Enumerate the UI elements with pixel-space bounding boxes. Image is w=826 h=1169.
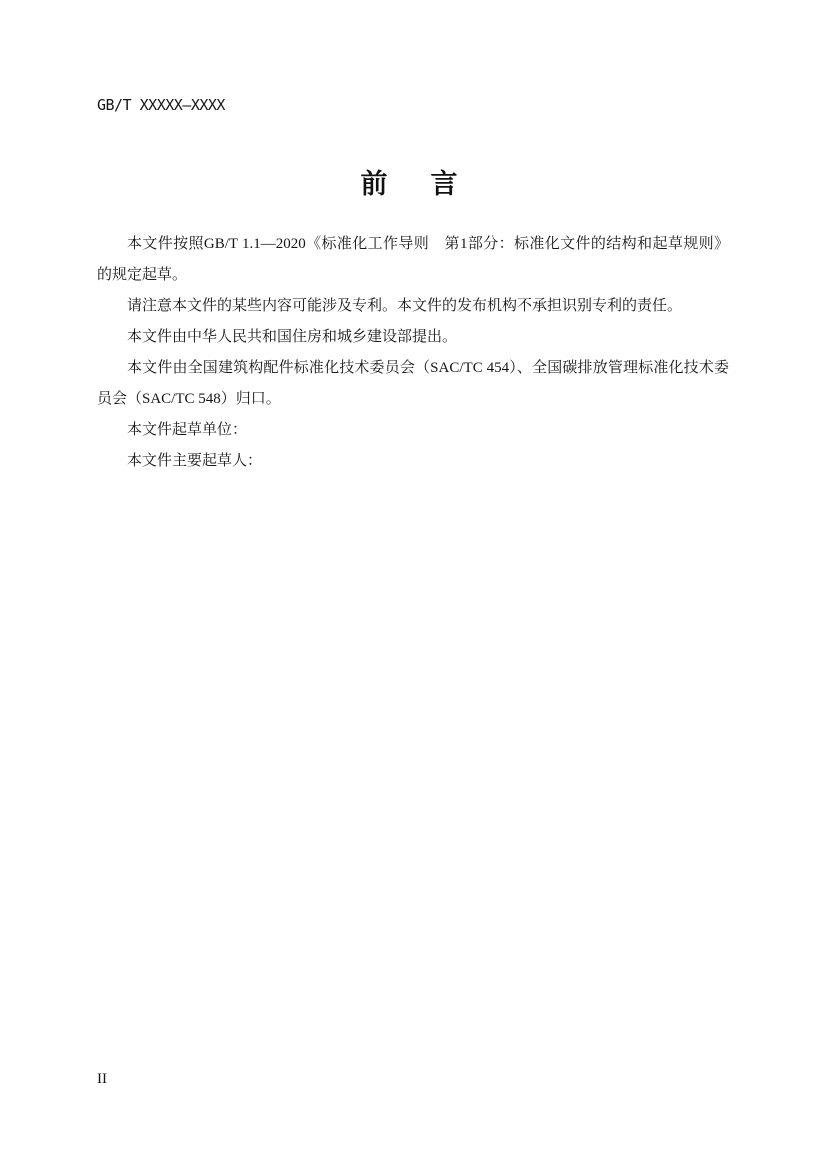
foreword-body: 本文件按照GB/T 1.1—2020《标准化工作导则 第1部分：标准化文件的结构…: [97, 229, 729, 477]
page-number: II: [97, 1072, 107, 1087]
foreword-paragraph-centralized-body: 本文件由全国建筑构配件标准化技术委员会（SAC/TC 454）、全国碳排放管理标…: [97, 353, 729, 415]
foreword-paragraph-proposing-body: 本文件由中华人民共和国住房和城乡建设部提出。: [97, 322, 729, 353]
document-page: GB/T XXXXX—XXXX 前 言 本文件按照GB/T 1.1—2020《标…: [0, 0, 826, 1169]
foreword-title: 前 言: [0, 171, 826, 198]
foreword-paragraph-patent-notice: 请注意本文件的某些内容可能涉及专利。本文件的发布机构不承担识别专利的责任。: [97, 291, 729, 322]
foreword-paragraph-main-drafters: 本文件主要起草人：: [97, 446, 729, 477]
standard-number-header: GB/T XXXXX—XXXX: [97, 98, 225, 113]
foreword-paragraph-drafting-rules: 本文件按照GB/T 1.1—2020《标准化工作导则 第1部分：标准化文件的结构…: [97, 229, 729, 291]
foreword-paragraph-drafting-organizations: 本文件起草单位：: [97, 415, 729, 446]
